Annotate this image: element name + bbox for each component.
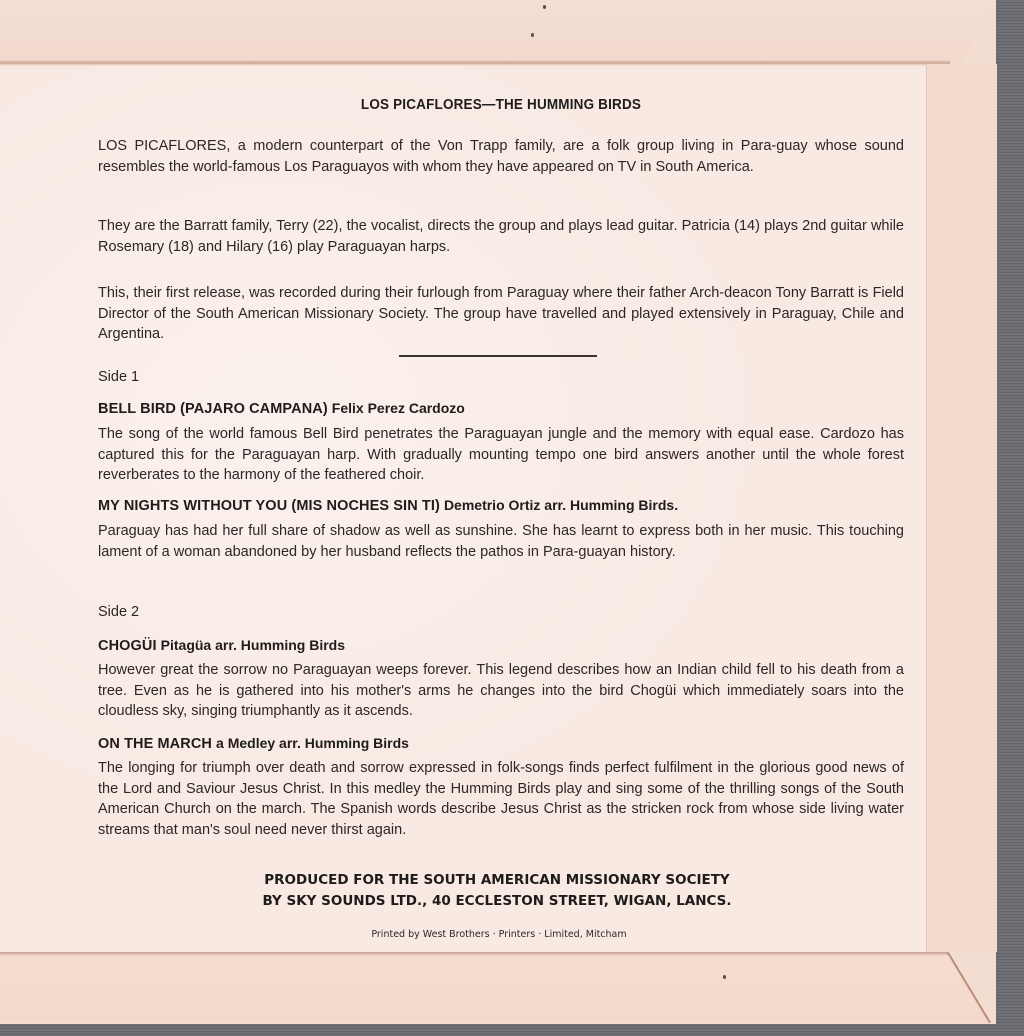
intro-paragraph: They are the Barratt family, Terry (22),… — [98, 216, 904, 257]
dust-speck — [723, 975, 726, 979]
track-heading: CHOGÜI Pitagüa arr. Humming Birds — [98, 637, 345, 654]
record-sleeve: LOS PICAFLORES—THE HUMMING BIRDS LOS PIC… — [0, 0, 996, 1024]
dust-speck — [531, 33, 534, 37]
sleeve-bottom-flap-edge — [0, 952, 948, 956]
document-title: LOS PICAFLORES—THE HUMMING BIRDS — [126, 97, 876, 113]
sleeve-bottom-flap — [0, 952, 996, 1024]
track-heading: MY NIGHTS WITHOUT YOU (MIS NOCHES SIN TI… — [98, 497, 678, 514]
dust-speck — [543, 5, 546, 9]
side-label: Side 2 — [98, 604, 139, 620]
track-title: CHOGÜI — [98, 638, 157, 654]
track-title: ON THE MARCH — [98, 736, 212, 752]
track-description: However great the sorrow no Paraguayan w… — [98, 660, 904, 722]
sleeve-top-flap-edge — [0, 60, 950, 65]
intro-paragraph: LOS PICAFLORES, a modern counterpart of … — [98, 136, 904, 177]
track-credit: Felix Perez Cardozo — [332, 400, 465, 416]
producer-line: PRODUCED FOR THE SOUTH AMERICAN MISSIONA… — [94, 870, 900, 891]
track-credit: a Medley arr. Humming Birds — [216, 735, 409, 751]
track-credit: Demetrio Ortiz arr. Humming Birds. — [444, 497, 678, 513]
sleeve-right-strip — [926, 64, 997, 952]
printer-credit: Printed by West Brothers · Printers · Li… — [96, 929, 902, 940]
track-heading: BELL BIRD (PAJARO CAMPANA) Felix Perez C… — [98, 400, 465, 417]
track-description: The longing for triumph over death and s… — [98, 758, 904, 840]
section-divider — [399, 355, 597, 357]
track-heading: ON THE MARCH a Medley arr. Humming Birds — [98, 735, 409, 752]
intro-paragraph: This, their first release, was recorded … — [98, 283, 904, 345]
sleeve-top-flap — [0, 0, 996, 67]
side-label: Side 1 — [98, 369, 139, 385]
track-credit: Pitagüa arr. Humming Birds — [161, 637, 345, 653]
track-title: MY NIGHTS WITHOUT YOU (MIS NOCHES SIN TI… — [98, 498, 440, 514]
track-description: Paraguay has had her full share of shado… — [98, 521, 904, 562]
liner-notes-insert: LOS PICAFLORES—THE HUMMING BIRDS LOS PIC… — [0, 66, 926, 952]
track-description: The song of the world famous Bell Bird p… — [98, 424, 904, 486]
producer-line: BY SKY SOUNDS LTD., 40 ECCLESTON STREET,… — [94, 891, 900, 912]
track-title: BELL BIRD (PAJARO CAMPANA) — [98, 401, 328, 417]
producer-credit: PRODUCED FOR THE SOUTH AMERICAN MISSIONA… — [94, 870, 900, 912]
